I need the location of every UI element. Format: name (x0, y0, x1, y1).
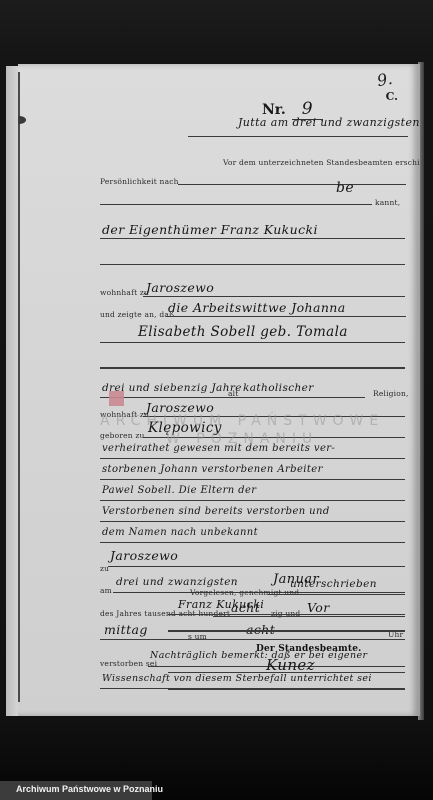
year-prefix: des Jahres tausend acht hundert (100, 609, 230, 618)
rule-line (100, 238, 405, 239)
rule-line (100, 479, 405, 480)
rule-line (100, 204, 372, 205)
rule-line (143, 296, 405, 297)
free-text-line-5: dem Namen nach unbekannt (102, 527, 258, 538)
rule-line (188, 136, 408, 137)
rule-line (148, 666, 405, 667)
rule-line (166, 316, 406, 317)
time-hour: acht (246, 622, 275, 637)
identity-handwritten: be (336, 180, 354, 196)
folio-number: 9. (375, 69, 393, 90)
rule-line (213, 616, 405, 617)
death-date-label: am (100, 586, 112, 595)
rule-line (100, 397, 365, 398)
rule-line (100, 521, 405, 522)
declared-label: und zeigte an, daß (100, 310, 174, 319)
free-text-line-3: Pawel Sobell. Die Eltern der (102, 485, 257, 496)
deceased-line-1: die Arbeitswittwe Johanna (168, 300, 346, 315)
rule-line (100, 542, 405, 543)
rule-line (100, 639, 405, 640)
rule-line (100, 500, 405, 501)
archive-name: Archiwum Państwowe w Poznaniu (16, 784, 163, 794)
death-date-day: drei und zwanzigsten (116, 576, 238, 588)
religion-label: Religion, (373, 389, 409, 398)
folio-letter: C. (386, 90, 398, 103)
watermark-line-2: W POZNANIU (100, 430, 384, 448)
time-suffix: Uhr (388, 630, 403, 639)
death-remark-line-1: Nachträglich bemerkt: daß er bei eigener (150, 650, 367, 661)
religion-value: katholischer (243, 382, 314, 394)
free-text-line-2: storbenen Johann verstorbenen Arbeiter (102, 464, 323, 475)
deceased-line-2: Elisabeth Sobell geb. Tomala (138, 324, 348, 340)
death-place: Jaroszewo (110, 548, 178, 563)
rule-line (100, 458, 405, 459)
rule-line (100, 264, 405, 265)
place-date-line: Jutta am drei und zwanzigsten Januar 18 (238, 116, 420, 129)
intro-text: Vor dem unterzeichneten Standesbeamten e… (223, 158, 420, 167)
time-of-day-prefix: Vor (307, 600, 330, 615)
stitch-knot (18, 116, 26, 124)
rule-line (108, 566, 405, 567)
death-remark-line-2: Wissenschaft von diesem Sterbefall unter… (102, 673, 372, 684)
rule-line (113, 592, 405, 593)
residence-label: wohnhaft zu (100, 288, 149, 297)
document-viewer: 9. C. Nr.9 Jutta am drei und zwanzigsten… (0, 0, 433, 800)
rule-line (100, 342, 405, 343)
informant-residence: Jaroszewo (146, 280, 214, 295)
death-date-month: Januar (273, 572, 319, 587)
identity-suffix: kannt, (375, 198, 400, 207)
archive-watermark: ARCHIWUM PAŃSTWOWE W POZNANIU (100, 412, 384, 448)
rule-line (100, 367, 405, 369)
redaction-mark (109, 391, 124, 406)
watermark-line-1: ARCHIWUM PAŃSTWOWE (100, 412, 384, 430)
rule-line (178, 184, 406, 185)
identity-label: Persönlichkeit nach (100, 177, 179, 186)
scanned-page: 9. C. Nr.9 Jutta am drei und zwanzigsten… (18, 64, 420, 716)
free-text-line-4: Verstorbenen sind bereits verstorben und (102, 506, 330, 517)
year-handwritten: acht (231, 600, 260, 615)
rule-line (100, 688, 405, 689)
informant-name: der Eigenthümer Franz Kukucki (102, 222, 318, 237)
time-of-day: mittag (104, 622, 148, 637)
binding-stitch (18, 72, 20, 702)
